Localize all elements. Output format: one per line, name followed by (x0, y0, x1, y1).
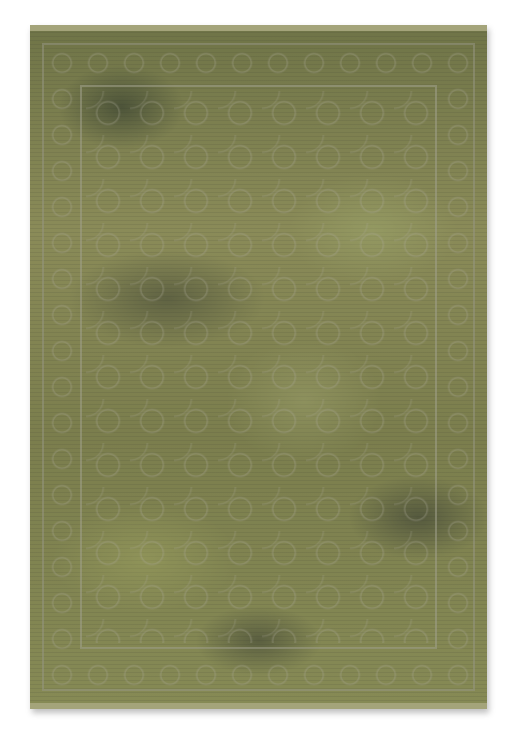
rug-top-edge (30, 25, 487, 31)
rug-bottom-edge (30, 703, 487, 709)
rug-inner-border (80, 85, 437, 649)
rug-image (30, 25, 487, 709)
